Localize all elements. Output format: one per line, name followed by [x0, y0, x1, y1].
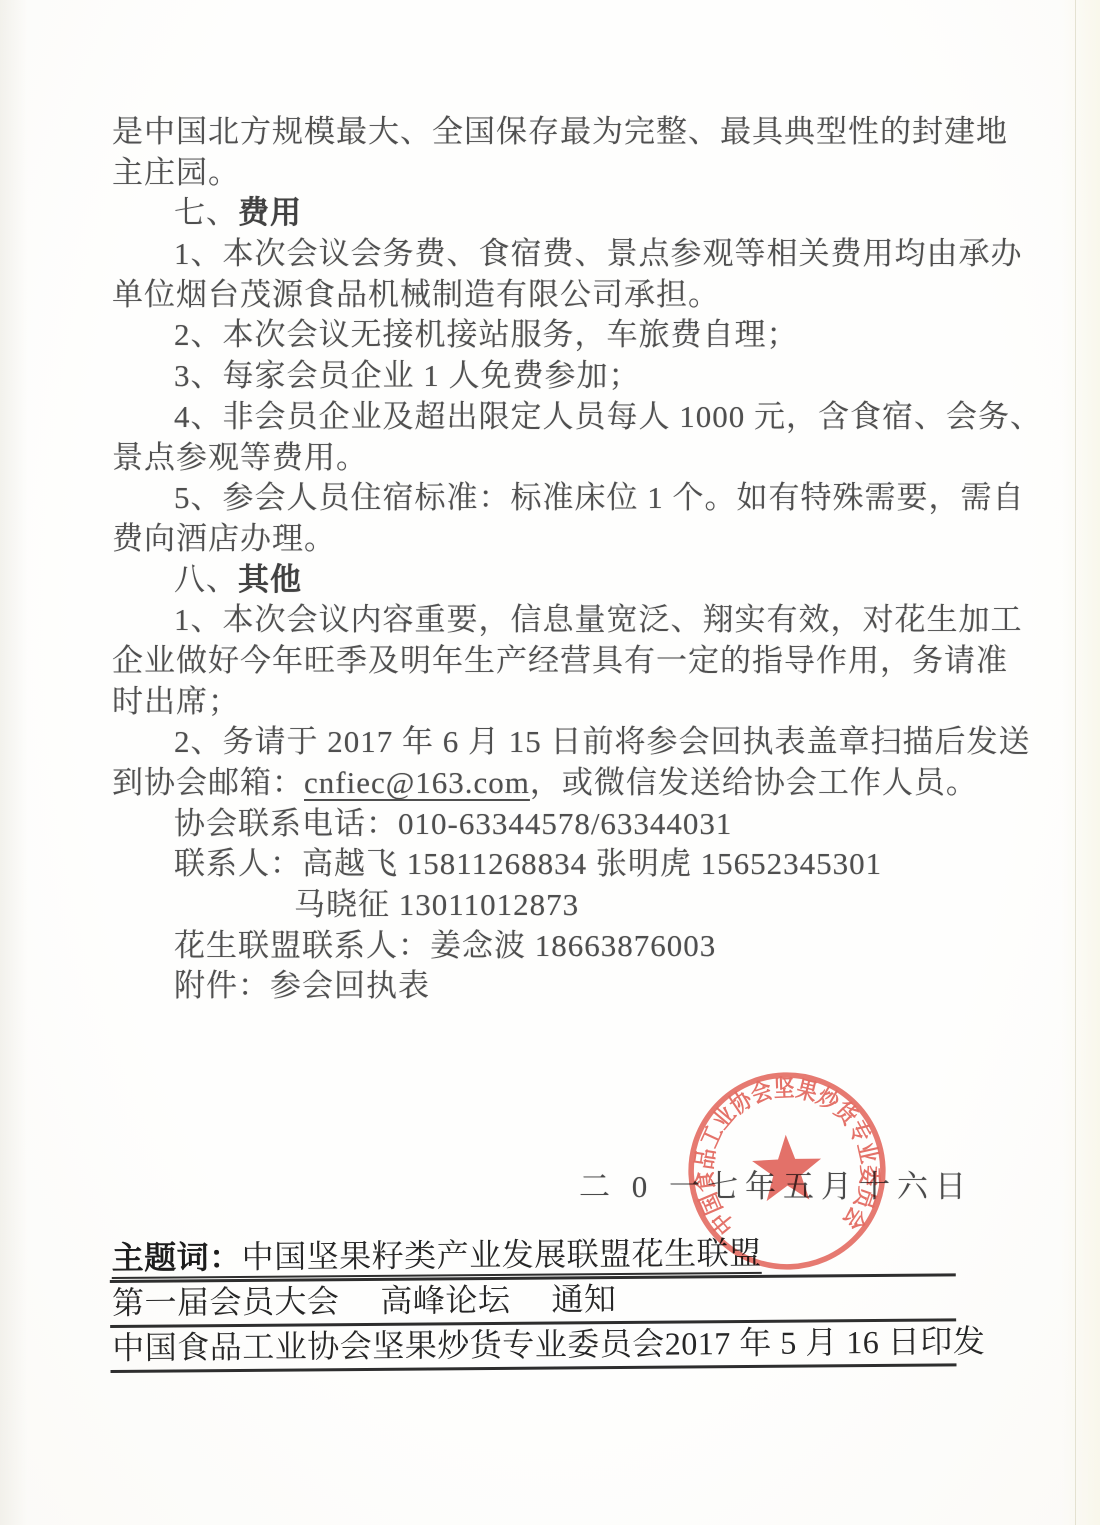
text-segment: 花生联盟联系人：姜念波 18663876003	[174, 928, 716, 963]
scan-edge-line	[1075, 0, 1076, 1525]
notice-body-text: 是中国北方规模最大、全国保存最为完整、最具典型性的封建地主庄园。七、费用1、本次…	[112, 112, 992, 1007]
subject-keywords-label: 主题词：	[111, 1239, 241, 1276]
text-segment: 1、本次会议会务费、食宿费、景点参观等相关费用均由承办	[174, 236, 1023, 271]
text-line: 1、本次会议会务费、食宿费、景点参观等相关费用均由承办	[112, 234, 992, 275]
text-segment: 联系人：高越飞 15811268834 张明虎 15652345301	[174, 846, 882, 881]
text-segment: 协会联系电话：010-63344578/63344031	[174, 806, 732, 841]
text-line: 5、参会人员住宿标准：标准床位 1 个。如有特殊需要，需自	[112, 478, 992, 519]
text-segment: 4、非会员企业及超出限定人员每人 1000 元，含食宿、会务、	[174, 399, 1042, 434]
text-line: 费向酒店办理。	[112, 519, 992, 560]
text-segment: 5、参会人员住宿标准：标准床位 1 个。如有特殊需要，需自	[174, 480, 1025, 515]
text-segment: 附件：参会回执表	[174, 968, 430, 1003]
text-line: 主庄园。	[112, 153, 992, 194]
text-line: 4、非会员企业及超出限定人员每人 1000 元，含食宿、会务、	[112, 397, 992, 438]
text-segment: 费用	[238, 195, 302, 230]
text-line: 是中国北方规模最大、全国保存最为完整、最具典型性的封建地	[112, 112, 992, 153]
text-line: 3、每家会员企业 1 人免费参加；	[112, 356, 992, 397]
text-segment: 景点参观等费用。	[112, 440, 368, 475]
text-segment: 到协会邮箱：	[112, 765, 304, 800]
text-line: 2、务请于 2017 年 6 月 15 日前将参会回执表盖章扫描后发送	[112, 722, 992, 763]
email-address-text: cnfiec@163.com	[304, 765, 530, 800]
text-line: 联系人：高越飞 15811268834 张明虎 15652345301	[112, 844, 992, 885]
text-segment: ，或微信发送给协会工作人员。	[530, 765, 978, 800]
text-segment: 费向酒店办理。	[112, 521, 336, 556]
text-line: 七、费用	[112, 193, 992, 234]
text-line: 2、本次会议无接机接站服务，车旅费自理；	[112, 315, 992, 356]
text-segment: 单位烟台茂源食品机械制造有限公司承担。	[112, 277, 720, 312]
issuer-row: 中国食品工业协会坚果炒货专业委员会 2017 年 5 月 16 日印发	[110, 1321, 956, 1373]
text-segment: 2、本次会议无接机接站服务，车旅费自理；	[174, 317, 799, 352]
text-segment: 主庄园。	[112, 155, 240, 190]
text-line: 花生联盟联系人：姜念波 18663876003	[112, 926, 992, 967]
text-line: 附件：参会回执表	[112, 966, 992, 1007]
text-line: 到协会邮箱：cnfiec@163.com，或微信发送给协会工作人员。	[112, 763, 992, 804]
text-segment: 八、	[174, 562, 238, 597]
official-seal-stamp: 中国食品工业协会坚果炒货专业委员会	[672, 1056, 902, 1286]
meeting-title-row: 第一届会员大会 高峰论坛 通知	[110, 1276, 956, 1328]
text-segment: 企业做好今年旺季及明年生产经营具有一定的指导作用，务请准	[112, 643, 1008, 678]
text-segment: 1、本次会议内容重要，信息量宽泛、翔实有效，对花生加工	[174, 602, 1023, 637]
text-segment: 其他	[238, 562, 302, 597]
star-icon	[751, 1133, 822, 1201]
print-date: 2017 年 5 月 16 日印发	[665, 1323, 986, 1362]
text-segment: 是中国北方规模最大、全国保存最为完整、最具典型性的封建地	[112, 114, 1008, 149]
issuer-name: 中国食品工业协会坚果炒货专业委员会	[112, 1326, 665, 1366]
text-line: 1、本次会议内容重要，信息量宽泛、翔实有效，对花生加工	[112, 600, 992, 641]
text-segment: 七、	[174, 195, 238, 230]
text-line: 单位烟台茂源食品机械制造有限公司承担。	[112, 275, 992, 316]
text-segment: 3、每家会员企业 1 人免费参加；	[174, 358, 641, 393]
scanned-notice-page: 是中国北方规模最大、全国保存最为完整、最具典型性的封建地主庄园。七、费用1、本次…	[0, 0, 1100, 1525]
text-line: 景点参观等费用。	[112, 438, 992, 479]
text-line: 协会联系电话：010-63344578/63344031	[112, 804, 992, 845]
text-segment: 马晓征 13011012873	[294, 887, 579, 922]
text-line: 八、其他	[112, 560, 992, 601]
text-segment: 时出席；	[112, 684, 240, 719]
text-line: 企业做好今年旺季及明年生产经营具有一定的指导作用，务请准	[112, 641, 992, 682]
text-segment: 2、务请于 2017 年 6 月 15 日前将参会回执表盖章扫描后发送	[174, 724, 1031, 759]
text-line: 时出席；	[112, 682, 992, 723]
text-line: 马晓征 13011012873	[112, 885, 992, 926]
